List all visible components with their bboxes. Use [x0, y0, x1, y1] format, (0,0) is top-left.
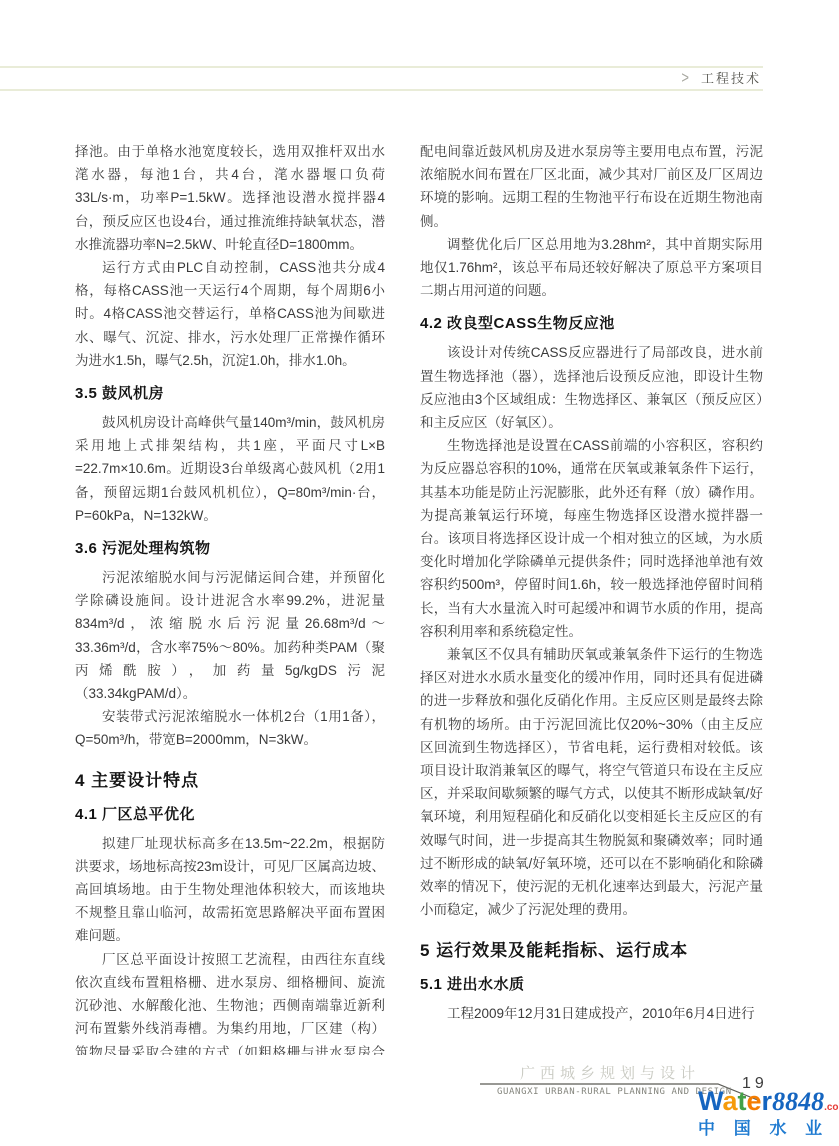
paragraph: 安装带式污泥浓缩脱水一体机2台（1用1备），Q=50m³/h，带宽B=2000m…: [75, 705, 385, 751]
watermark-logo: Water8848.com: [698, 1088, 839, 1115]
watermark: Water8848.com 中 国 水 业 网: [698, 1088, 839, 1137]
section-heading: 4 主要设计特点: [75, 769, 385, 793]
paragraph: 厂区总平面设计按照工艺流程，由西往东直线依次直线布置粗格栅、进水泵房、细格栅间、…: [75, 948, 385, 1055]
watermark-tld: .com: [824, 1102, 839, 1113]
section-heading: 5 运行效果及能耗指标、运行成本: [420, 939, 763, 963]
article-body: 择池。由于单格水池宽度较长，选用双推杆双出水滗水器，每池1台，共4台，滗水器堰口…: [75, 140, 763, 1055]
subsection-heading: 3.5 鼓风机房: [75, 383, 385, 405]
header-rule-bottom: [0, 89, 763, 91]
watermark-digits: 8848: [772, 1087, 824, 1116]
subsection-heading: 5.1 进出水水质: [420, 974, 763, 996]
subsection-heading: 3.6 污泥处理构筑物: [75, 538, 385, 560]
watermark-letter: t: [738, 1086, 747, 1116]
chevron-right-icon: >: [681, 68, 691, 87]
paragraph: 兼氧区不仅具有辅助厌氧或兼氧条件下运行的生物选择区对进水水质水量变化的缓冲作用，…: [420, 643, 763, 921]
subsection-heading: 4.1 厂区总平优化: [75, 804, 385, 826]
paragraph: 运行方式由PLC自动控制，CASS池共分成4格，每格CASS池一天运行4个周期，…: [75, 256, 385, 372]
header-category: > 工程技术: [681, 68, 761, 87]
paragraph: 该设计对传统CASS反应器进行了局部改良，进水前置生物选择池（器），选择池后设预…: [420, 341, 763, 434]
paragraph: 污泥浓缩脱水间与污泥储运间合建，并预留化学除磷设施间。设计进泥含水率99.2%，…: [75, 566, 385, 705]
header-rule-top: [0, 66, 763, 68]
subsection-heading: 4.2 改良型CASS生物反应池: [420, 313, 763, 335]
paragraph: 拟建厂址现状标高多在13.5m~22.2m，根据防洪要求，场地标高按23m设计，…: [75, 832, 385, 948]
paragraph: 调整优化后厂区总用地为3.28hm²，其中首期实际用地仅1.76hm²，该总平布…: [420, 233, 763, 303]
paragraph: 择池。由于单格水池宽度较长，选用双推杆双出水滗水器，每池1台，共4台，滗水器堰口…: [75, 140, 385, 256]
watermark-letter: r: [762, 1086, 773, 1116]
watermark-letter: a: [722, 1086, 737, 1116]
column-left: 择池。由于单格水池宽度较长，选用双推杆双出水滗水器，每池1台，共4台，滗水器堰口…: [75, 140, 385, 1055]
paragraph: 工程2009年12月31日建成投产，2010年6月4日进行: [420, 1002, 763, 1025]
category-label: 工程技术: [701, 68, 761, 87]
column-right: 配电间靠近鼓风机房及进水泵房等主要用电点布置，污泥浓缩脱水间布置在厂区北面，减少…: [420, 140, 763, 1055]
journal-page: > 工程技术 择池。由于单格水池宽度较长，选用双推杆双出水滗水器，每池1台，共4…: [0, 0, 839, 1146]
watermark-letter: W: [698, 1086, 722, 1116]
paragraph: 生物选择池是设置在CASS前端的小容积区，容积约为反应器总容积的10%，通常在厌…: [420, 434, 763, 643]
paragraph: 配电间靠近鼓风机房及进水泵房等主要用电点布置，污泥浓缩脱水间布置在厂区北面，减少…: [420, 140, 763, 233]
footer-journal-title-en: GUANGXI URBAN-RURAL PLANNING AND DESIGN: [497, 1087, 732, 1097]
paragraph: 鼓风机房设计高峰供气量140m³/min，鼓风机房采用地上式排架结构，共1座，平…: [75, 411, 385, 527]
watermark-site-name: 中 国 水 业 网: [698, 1120, 839, 1137]
watermark-letter: e: [747, 1086, 762, 1116]
